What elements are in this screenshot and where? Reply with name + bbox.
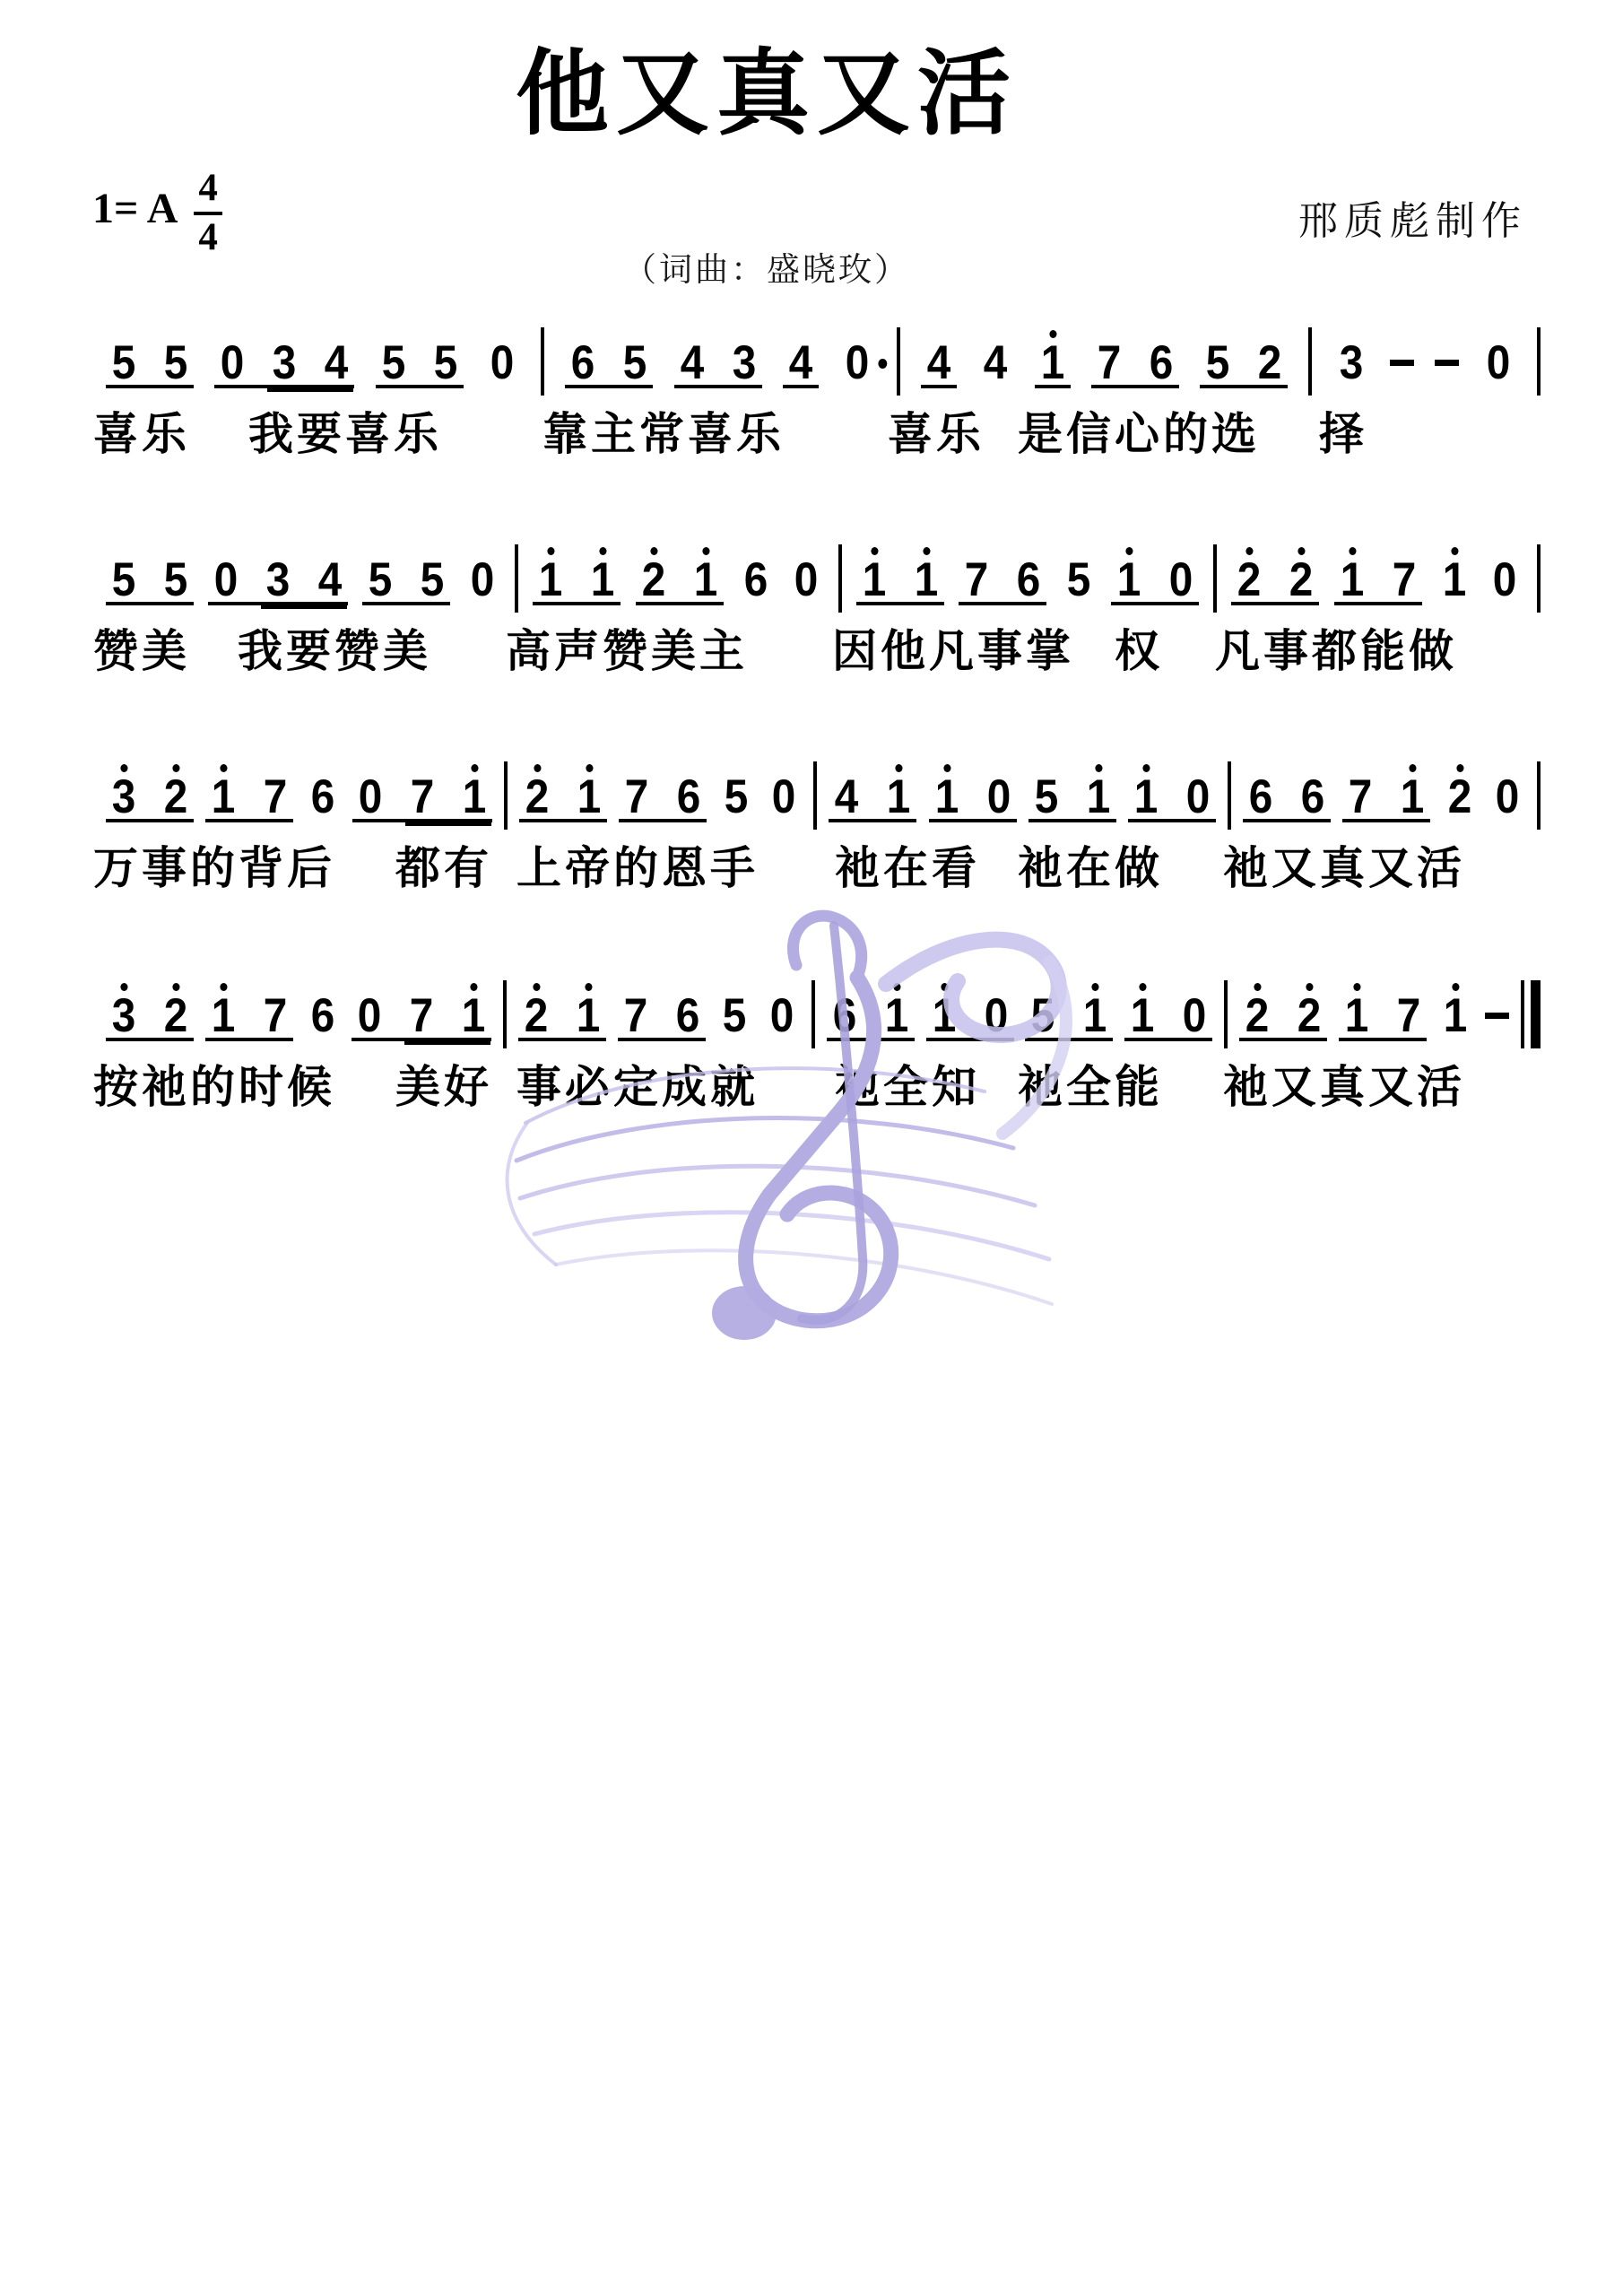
note: 0 [1494, 779, 1522, 813]
note-group: 21 [518, 998, 606, 1041]
lyric-segment: 祂又真又活 [1223, 1061, 1465, 1113]
dash-note [1485, 1013, 1509, 1019]
note: 5 [110, 562, 138, 596]
note-group: 76 [959, 562, 1046, 605]
octave-dot [1091, 983, 1098, 991]
octave-dot [893, 983, 900, 991]
note-group: 10 [926, 998, 1014, 1041]
note: 2 [1288, 562, 1315, 596]
note: 3 [110, 779, 138, 813]
note-group: 2 [1442, 779, 1478, 819]
lyric-segment: 凡事都能做 [1215, 625, 1457, 677]
note: 2 [1445, 779, 1473, 813]
barline [1537, 761, 1541, 830]
lyric-segment: 都有 [395, 842, 492, 894]
note-group: 61 [827, 998, 915, 1041]
note-group: 21 [519, 779, 607, 822]
note-group: 0 [764, 998, 800, 1038]
note-group: 0 [766, 779, 802, 819]
note: 0 [985, 779, 1012, 813]
note-group: 1 [1437, 998, 1473, 1038]
dash-note [1435, 360, 1459, 366]
lyric-segment: 我要赞美 [238, 625, 431, 677]
barline [1537, 544, 1541, 613]
lyric-segment: 赞美 [93, 625, 190, 677]
note: 5 [162, 345, 190, 379]
note-group: 0 [788, 562, 824, 602]
octave-dot [650, 547, 657, 555]
note: 2 [162, 998, 190, 1032]
note: 1 [1442, 998, 1470, 1032]
note: 1 [885, 779, 913, 813]
octave-dot [942, 764, 950, 772]
note: 0 [1167, 562, 1195, 596]
note-group: 17 [205, 779, 293, 822]
note: 1 [930, 998, 958, 1032]
sixteenth-beam: 34 [269, 345, 352, 379]
octave-dot [923, 547, 930, 555]
lyric-segment: 祂全能 [1018, 1061, 1163, 1113]
note: 1 [883, 998, 911, 1032]
note-group: 4 [977, 345, 1013, 385]
lyric-segment: 因他凡事掌 [832, 625, 1074, 677]
note-group: 76 [618, 998, 706, 1041]
final-barline-thick [1531, 980, 1541, 1048]
note-group: 65 [565, 345, 653, 388]
note: 0 [1184, 779, 1211, 813]
octave-dot [599, 547, 606, 555]
note-group: 5 [718, 779, 754, 819]
barline [1228, 761, 1231, 830]
note: 5 [721, 998, 749, 1032]
note: 4 [925, 345, 953, 379]
octave-dot [534, 764, 541, 772]
octave-dot [871, 547, 878, 555]
note-group: 17 [1334, 562, 1422, 605]
octave-dot [895, 764, 902, 772]
note-group: 21 [636, 562, 724, 605]
note: 6 [1298, 779, 1326, 813]
note-group: 43 [674, 345, 762, 388]
note: 7 [621, 998, 649, 1032]
octave-dot [702, 547, 709, 555]
note: 1 [933, 779, 960, 813]
final-barline-thin [1521, 980, 1524, 1048]
octave-dot [1142, 764, 1150, 772]
note-group: 51 [1028, 779, 1116, 822]
music-line: 55034550654340441765230 [106, 345, 1541, 396]
note: 0 [356, 998, 384, 1032]
lyric-segment: 喜乐 [93, 408, 190, 460]
note-group: 17 [205, 998, 293, 1041]
sixteenth-beam: 34 [263, 562, 345, 596]
lyric-segment: 按祂的时候 [93, 1061, 335, 1113]
octave-dot [547, 547, 554, 555]
lyric-segment: 美好 [395, 1061, 492, 1113]
lyric-segment: 我要喜乐 [248, 408, 442, 460]
note: 1 [1084, 779, 1112, 813]
note: 2 [1243, 998, 1271, 1032]
note: 1 [1440, 562, 1468, 596]
note: 6 [1246, 779, 1274, 813]
note: 1 [537, 562, 565, 596]
octave-dot [1456, 764, 1463, 772]
note-group: 071 [352, 998, 491, 1041]
note: 1 [861, 562, 889, 596]
final-barline [1521, 980, 1541, 1048]
note: 1 [210, 779, 238, 813]
note: 5 [419, 562, 447, 596]
note: 7 [1390, 562, 1418, 596]
note: 1 [461, 779, 489, 813]
note-group: 55 [362, 562, 450, 605]
note-group: 1 [1436, 562, 1472, 602]
note-group: 034 [214, 345, 354, 388]
note: 5 [723, 779, 751, 813]
note: 5 [1065, 562, 1093, 596]
octave-dot [1049, 330, 1056, 338]
note: 2 [1295, 998, 1323, 1032]
octave-dot [120, 983, 127, 991]
note: 0 [213, 562, 240, 596]
note: 2 [162, 779, 190, 813]
note-group: 32 [106, 998, 194, 1041]
note-group: 4 [921, 345, 957, 388]
lyric-segment: 祂在看 [835, 842, 980, 894]
sheet-music-page: { "header": { "title": "他又真又活", "key_lab… [0, 0, 1623, 2296]
note: 1 [1342, 998, 1370, 1032]
note-group: 10 [1128, 779, 1216, 822]
note-group: 76 [619, 779, 707, 822]
note: 6 [675, 779, 703, 813]
music-line: 3217607121765041105110667120 [106, 779, 1541, 830]
note: 5 [621, 345, 649, 379]
note: 1 [1115, 562, 1143, 596]
octave-dot [1306, 983, 1313, 991]
note: 0 [768, 998, 796, 1032]
note-group: 22 [1239, 998, 1327, 1041]
note-group: 0 [464, 562, 500, 602]
octave-dot [1451, 547, 1458, 555]
octave-dot [471, 764, 478, 772]
note-group: 11 [533, 562, 621, 605]
note-group: 5 [1061, 562, 1097, 602]
note-group: 10 [1111, 562, 1199, 605]
note: 1 [575, 998, 603, 1032]
note: 7 [408, 998, 436, 1032]
note-group: 0 [1487, 562, 1523, 602]
note: 5 [379, 345, 407, 379]
note-group: 17 [1339, 998, 1427, 1041]
note: 6 [309, 779, 337, 813]
note: 1 [1129, 998, 1157, 1032]
note: 1 [589, 562, 617, 596]
note-group: 71 [1342, 779, 1430, 822]
barline [897, 327, 900, 396]
note-group: 0 [484, 345, 520, 385]
octave-dot [1348, 547, 1355, 555]
barline [503, 980, 507, 1048]
note: 5 [110, 345, 138, 379]
note: 7 [262, 779, 290, 813]
note: 1 [1038, 345, 1066, 379]
octave-dot [1125, 547, 1133, 555]
octave-dot [220, 764, 227, 772]
note-group: 034 [208, 562, 348, 605]
note-group: 22 [1231, 562, 1319, 605]
lyric-segment: 上帝的恩手 [516, 842, 759, 894]
note: 3 [730, 345, 758, 379]
note-group: 55 [106, 562, 194, 605]
note: 3 [1337, 345, 1365, 379]
note-group: 11 [856, 562, 944, 605]
note: 2 [1236, 562, 1263, 596]
note: 7 [623, 779, 651, 813]
note-group: 10 [1124, 998, 1212, 1041]
octave-dot [172, 764, 179, 772]
note: 2 [1256, 345, 1284, 379]
note: 2 [639, 562, 667, 596]
note: 4 [323, 345, 351, 379]
octave-dot [1095, 764, 1102, 772]
note: 4 [787, 345, 815, 379]
music-line: 321760712176506110511022171 [106, 998, 1541, 1048]
lyric-segment: 祂在做 [1018, 842, 1163, 894]
octave-dot [533, 983, 540, 991]
note: 5 [162, 562, 190, 596]
lyric-segment: 祂全知 [835, 1061, 980, 1113]
barline [541, 327, 544, 396]
octave-dot [585, 983, 592, 991]
note: 0 [1484, 345, 1512, 379]
note: 6 [1015, 562, 1043, 596]
note: 3 [110, 998, 138, 1032]
note-group: 55 [106, 345, 194, 388]
octave-dot [120, 764, 127, 772]
note: 6 [569, 345, 597, 379]
sixteenth-beam: 71 [406, 998, 489, 1032]
note: 7 [963, 562, 991, 596]
note: 0 [792, 562, 820, 596]
note: 1 [1398, 779, 1426, 813]
augmentation-dot [879, 359, 888, 369]
lyric-segment: 祂又真又活 [1223, 842, 1465, 894]
barline [1224, 980, 1228, 1048]
note: 0 [489, 345, 516, 379]
lyric-segment: 择 [1319, 408, 1367, 460]
note: 0 [844, 345, 872, 379]
note-group: 32 [106, 779, 194, 822]
lyric-segment: 万事的背后 [93, 842, 335, 894]
barline [504, 761, 508, 830]
dash-note [1390, 360, 1414, 366]
barline [811, 980, 815, 1048]
octave-dot [1452, 983, 1459, 991]
note-group: 6 [305, 779, 341, 819]
note: 6 [831, 998, 859, 1032]
note-group: 52 [1200, 345, 1288, 388]
note: 0 [469, 562, 497, 596]
note: 5 [1032, 779, 1060, 813]
note: 5 [367, 562, 395, 596]
note: 3 [265, 562, 292, 596]
note: 5 [431, 345, 459, 379]
note: 6 [308, 998, 336, 1032]
note: 7 [409, 779, 437, 813]
note: 6 [673, 998, 701, 1032]
octave-dot [1352, 983, 1359, 991]
note-group: 0 [839, 345, 875, 385]
note: 0 [357, 779, 385, 813]
note-group: 76 [1091, 345, 1179, 388]
note: 4 [317, 562, 344, 596]
note: 5 [1204, 345, 1232, 379]
barline [1308, 327, 1312, 396]
note-group: 55 [376, 345, 464, 388]
lyric-segment: 靠主常喜乐 [542, 408, 785, 460]
note-group: 0 [1489, 779, 1525, 819]
note: 1 [1338, 562, 1366, 596]
octave-dot [470, 983, 477, 991]
octave-dot [1254, 983, 1261, 991]
note: 1 [460, 998, 488, 1032]
note-group: 66 [1243, 779, 1331, 822]
note: 1 [1081, 998, 1109, 1032]
octave-dot [941, 983, 948, 991]
note: 0 [1181, 998, 1209, 1032]
note: 6 [1148, 345, 1176, 379]
octave-dot [1409, 764, 1416, 772]
lyric-segment: 权 [1115, 625, 1163, 677]
octave-dot [172, 983, 179, 991]
note-group: 071 [352, 779, 492, 822]
note: 7 [1096, 345, 1124, 379]
octave-dot [586, 764, 593, 772]
note: 1 [913, 562, 941, 596]
note: 0 [770, 779, 798, 813]
note: 7 [1346, 779, 1374, 813]
barline [515, 544, 518, 613]
note: 6 [742, 562, 769, 596]
sixteenth-beam: 71 [407, 779, 490, 813]
note-group: 0 [1480, 345, 1516, 385]
octave-dot [1139, 983, 1146, 991]
octave-dot [1298, 547, 1305, 555]
note-group: 41 [829, 779, 916, 822]
lyric-segment: 高声赞美主 [506, 625, 748, 677]
note: 1 [576, 779, 603, 813]
note: 1 [1132, 779, 1159, 813]
note: 4 [833, 779, 861, 813]
note: 7 [1394, 998, 1422, 1032]
note: 0 [982, 998, 1010, 1032]
note-group: 3 [1333, 345, 1369, 385]
note: 1 [209, 998, 237, 1032]
note: 7 [261, 998, 289, 1032]
barline [813, 761, 817, 830]
octave-dot [1245, 547, 1253, 555]
note: 4 [678, 345, 706, 379]
octave-dot [220, 983, 227, 991]
note: 0 [219, 345, 247, 379]
barline [1213, 544, 1217, 613]
note: 2 [524, 779, 551, 813]
note-group: 5 [716, 998, 752, 1038]
note-group: 10 [929, 779, 1017, 822]
note: 5 [1029, 998, 1057, 1032]
note: 0 [1490, 562, 1518, 596]
music-line: 550345501121601176510221710 [106, 562, 1541, 613]
lyric-segment: 事必定成就 [516, 1061, 759, 1113]
score: 55034550654340441765230喜乐我要喜乐靠主常喜乐喜乐是信心的… [0, 0, 1623, 2296]
lyric-segment: 是信心的选 [1018, 408, 1260, 460]
note: 3 [271, 345, 299, 379]
lyric-segment: 喜乐 [888, 408, 985, 460]
note-group: 6 [738, 562, 774, 602]
note: 2 [523, 998, 551, 1032]
note-group: 51 [1025, 998, 1113, 1041]
note: 1 [691, 562, 719, 596]
note-group: 1 [1035, 345, 1071, 388]
barline [838, 544, 842, 613]
note: 4 [982, 345, 1010, 379]
barline [1537, 327, 1541, 396]
note-group: 4 [783, 345, 819, 388]
note-group: 6 [305, 998, 341, 1038]
